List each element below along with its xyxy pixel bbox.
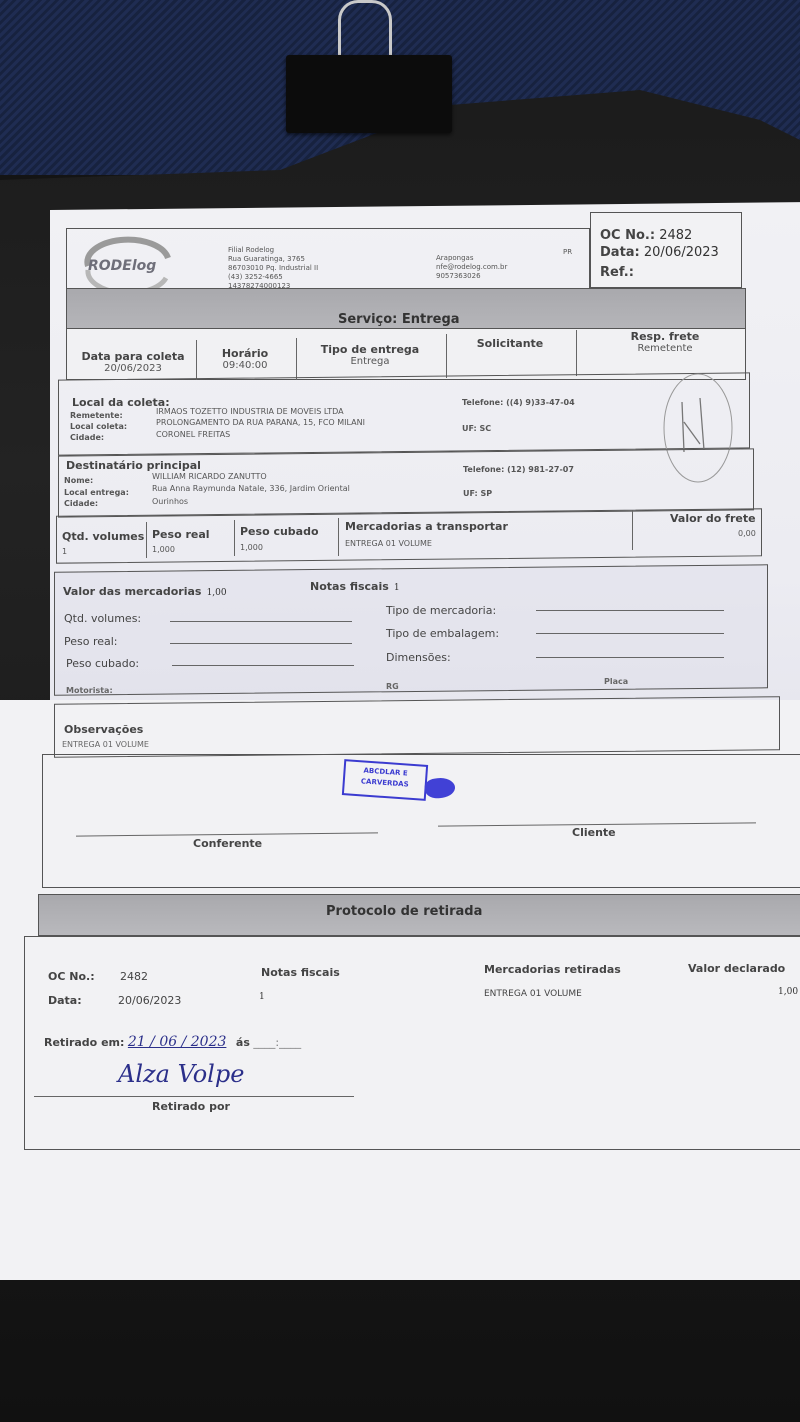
oc-number-field: OC No.: 2482 bbox=[600, 228, 692, 243]
time-col: Horário 09:40:00 bbox=[200, 347, 290, 371]
withdrawal-oc-label: OC No.: bbox=[48, 970, 95, 983]
goods-value-field: Valor das mercadorias 1,00 bbox=[63, 580, 227, 599]
delivery-type-col: Tipo de entrega Entrega bbox=[300, 343, 440, 367]
withdrawn-goods-value: ENTREGA 01 VOLUME bbox=[484, 989, 582, 999]
divider bbox=[234, 520, 235, 556]
requester-col: Solicitante bbox=[450, 337, 570, 350]
divider bbox=[632, 510, 633, 550]
blank-real-weight-line bbox=[170, 643, 352, 644]
oc-ref-field: Ref.: bbox=[600, 265, 634, 280]
company-logo: RODElog bbox=[78, 236, 188, 296]
blank-volumes-line bbox=[170, 621, 352, 622]
observations-title: Observações bbox=[64, 723, 143, 736]
volumes-label: Qtd. volumes bbox=[62, 530, 144, 543]
invoices-field: Notas fiscais 1 bbox=[310, 575, 400, 594]
recipient-uf: UF: SP bbox=[463, 489, 492, 498]
binder-clip bbox=[286, 55, 452, 133]
volumes-value: 1 bbox=[62, 547, 67, 556]
divider bbox=[296, 338, 297, 380]
driver-label: Motorista: bbox=[66, 686, 113, 695]
blank-goods-type-line bbox=[536, 610, 724, 611]
withdrawal-oc-value: 2482 bbox=[120, 970, 148, 983]
withdrawal-title: Protocolo de retirada bbox=[326, 904, 482, 919]
recipient-name-label: Nome: bbox=[64, 476, 93, 485]
cubic-weight-value: 1,000 bbox=[240, 543, 263, 552]
checker-label: Conferente bbox=[193, 837, 262, 850]
blank-volumes-label: Qtd. volumes: bbox=[64, 612, 141, 625]
observations-text: ENTREGA 01 VOLUME bbox=[62, 740, 149, 749]
goods-value: ENTREGA 01 VOLUME bbox=[345, 539, 432, 548]
withdrawn-date-handwritten: 21 / 06 / 2023 bbox=[128, 1034, 227, 1050]
pickup-title: Local da coleta: bbox=[72, 396, 170, 409]
company-stamp: ABCDLAR E CARVERDAS bbox=[342, 759, 428, 801]
pickup-city-label: Cidade: bbox=[70, 433, 104, 442]
withdrawal-invoices-value: 1 bbox=[259, 992, 265, 1002]
sender-value: IRMAOS TOZETTO INDUSTRIA DE MOVEIS LTDA bbox=[156, 407, 344, 416]
freight-label: Valor do frete bbox=[670, 512, 756, 525]
declared-value-label: Valor declarado bbox=[688, 962, 785, 975]
branch-contact: Arapongas nfe@rodelog.com.br 9057363026 bbox=[436, 254, 507, 281]
recipient-phone: Telefone: (12) 981-27-07 bbox=[463, 465, 574, 474]
divider bbox=[146, 522, 147, 558]
service-title: Serviço: Entrega bbox=[338, 312, 460, 327]
blank-dimensions-label: Dimensões: bbox=[386, 651, 451, 664]
freight-value: 0,00 bbox=[738, 529, 756, 538]
blank-packaging-line bbox=[536, 633, 724, 634]
delivery-location-label: Local entrega: bbox=[64, 488, 129, 497]
withdrawn-goods-label: Mercadorias retiradas bbox=[484, 963, 621, 976]
recipient-city-value: Ourinhos bbox=[152, 497, 188, 506]
pickup-date-col: Data para coleta 20/06/2023 bbox=[78, 350, 188, 374]
divider bbox=[576, 330, 577, 376]
blank-real-weight-label: Peso real: bbox=[64, 635, 118, 648]
sender-label: Remetente: bbox=[70, 411, 123, 420]
divider bbox=[338, 518, 339, 556]
withdrawn-on-field: Retirado em: 21 / 06 / 2023 ás ____:____ bbox=[44, 1034, 301, 1050]
real-weight-value: 1,000 bbox=[152, 545, 175, 554]
oc-date-field: Data: 20/06/2023 bbox=[600, 245, 719, 260]
pickup-phone: Telefone: ((4) 9)33-47-04 bbox=[462, 398, 575, 407]
real-weight-label: Peso real bbox=[152, 528, 210, 541]
withdrawn-by-line bbox=[34, 1096, 354, 1097]
blank-packaging-label: Tipo de embalagem: bbox=[386, 627, 499, 640]
declared-value: 1,00 bbox=[778, 987, 798, 997]
withdrawal-date-value: 20/06/2023 bbox=[118, 994, 181, 1007]
withdrawal-invoices-label: Notas fiscais bbox=[261, 966, 340, 979]
binder-clip-handle bbox=[338, 0, 392, 63]
blank-cubic-weight-label: Peso cubado: bbox=[66, 657, 139, 670]
pickup-uf: UF: SC bbox=[462, 424, 491, 433]
pickup-location-label: Local coleta: bbox=[70, 422, 127, 431]
divider bbox=[196, 340, 197, 380]
rg-label: RG bbox=[386, 682, 399, 691]
branch-state: PR bbox=[563, 248, 572, 257]
blank-dimensions-line bbox=[536, 657, 724, 658]
cubic-weight-label: Peso cubado bbox=[240, 525, 319, 538]
withdrawal-date-label: Data: bbox=[48, 994, 82, 1007]
observations-section bbox=[54, 696, 780, 758]
pickup-city-value: CORONEL FREITAS bbox=[156, 430, 230, 439]
plate-label: Placa bbox=[604, 677, 628, 686]
withdrawn-by-label: Retirado por bbox=[152, 1100, 230, 1113]
recipient-name-value: WILLIAM RICARDO ZANUTTO bbox=[152, 472, 267, 481]
blank-cubic-weight-line bbox=[172, 665, 354, 666]
blank-goods-type-label: Tipo de mercadoria: bbox=[386, 604, 496, 617]
client-label: Cliente bbox=[572, 826, 616, 839]
recipient-title: Destinatário principal bbox=[66, 459, 201, 472]
freight-responsible-col: Resp. frete Remetente bbox=[590, 330, 740, 354]
goods-label: Mercadorias a transportar bbox=[345, 520, 508, 533]
divider bbox=[446, 334, 447, 378]
logo-text: RODElog bbox=[88, 258, 156, 274]
withdrawn-by-signature: Alza Volpe bbox=[118, 1060, 244, 1088]
delivery-location-value: Rua Anna Raymunda Natale, 336, Jardim Or… bbox=[152, 484, 350, 493]
recipient-city-label: Cidade: bbox=[64, 499, 98, 508]
branch-address: Filial Rodelog Rua Guaratinga, 3765 8670… bbox=[228, 246, 318, 291]
pickup-location-value: PROLONGAMENTO DA RUA PARANA, 15, FCO MIL… bbox=[156, 418, 365, 427]
